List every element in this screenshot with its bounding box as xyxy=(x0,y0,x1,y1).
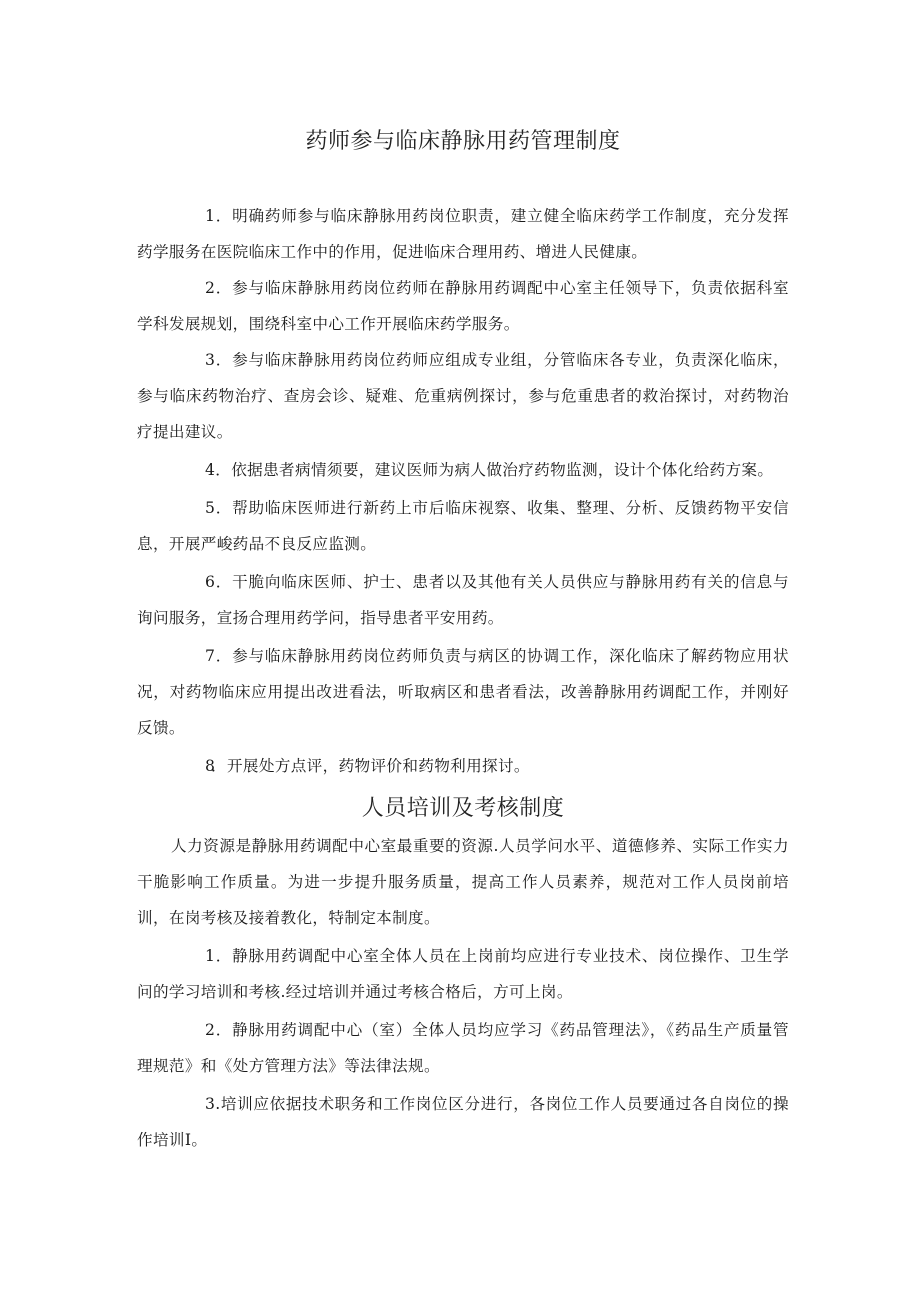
item-text: ．静脉用药调配中心（室）全体人员均应学习《药品管理法》，《药品生产质量管理规范》… xyxy=(137,1021,789,1075)
item-number: 8 xyxy=(171,748,211,784)
section-title-pharmacist-policy: 药师参与临床静脉用药管理制度 xyxy=(137,124,789,155)
item-number: 2 xyxy=(171,270,215,306)
item-text: ．干脆向临床医师、护士、患者以及其他有关人员供应与静脉用药有关的信息与询问服务，… xyxy=(137,573,789,627)
item-number: 1 xyxy=(171,938,215,974)
training-intro: 人力资源是静脉用药调配中心室最重要的资源.人员学问水平、道德修养、实际工作实力干… xyxy=(137,828,789,936)
item-text: 培训应依据技术职务和工作岗位区分进行，各岗位工作人员要通过各自岗位的操作培训Ⅰ。 xyxy=(137,1095,789,1149)
section-title-training-policy: 人员培训及考核制度 xyxy=(137,791,789,822)
item-number: 7 xyxy=(171,638,215,674)
training-item-3: 3.培训应依据技术职务和工作岗位区分进行，各岗位工作人员要通过各自岗位的操作培训… xyxy=(137,1086,789,1158)
item-number: 5 xyxy=(171,490,215,526)
policy-item-4: 4．依据患者病情须要，建议医师为病人做治疗药物监测，设计个体化给药方案。 xyxy=(137,452,789,488)
item-text: ．参与临床静脉用药岗位药师应组成专业组，分管临床各专业，负责深化临床，参与临床药… xyxy=(137,351,789,441)
policy-item-1: 1．明确药师参与临床静脉用药岗位职责，建立健全临床药学工作制度，充分发挥药学服务… xyxy=(137,198,789,270)
item-number: 3 xyxy=(171,342,215,378)
item-number: 4 xyxy=(171,452,215,488)
item-text: ．帮助临床医师进行新药上市后临床视察、收集、整理、分析、反馈药物平安信息，开展严… xyxy=(137,499,789,553)
item-text: ．依据患者病情须要，建议医师为病人做治疗药物监测，设计个体化给药方案。 xyxy=(215,461,773,479)
item-text: ．参与临床静脉用药岗位药师负责与病区的协调工作，深化临床了解药物应用状况，对药物… xyxy=(137,647,789,737)
policy-item-8: 8．开展处方点评，药物评价和药物利用探讨。 xyxy=(137,748,789,784)
item-number: 2 xyxy=(171,1012,215,1048)
item-number: 3. xyxy=(171,1086,221,1122)
item-text: ．静脉用药调配中心室全体人员在上岗前均应进行专业技术、岗位操作、卫生学问的学习培… xyxy=(137,947,789,1001)
policy-item-2: 2．参与临床静脉用药岗位药师在静脉用药调配中心室主任领导下，负责依据科室学科发展… xyxy=(137,270,789,342)
item-text: ．开展处方点评，药物评价和药物利用探讨。 xyxy=(211,757,530,775)
policy-item-5: 5．帮助临床医师进行新药上市后临床视察、收集、整理、分析、反馈药物平安信息，开展… xyxy=(137,490,789,562)
policy-item-7: 7．参与临床静脉用药岗位药师负责与病区的协调工作，深化临床了解药物应用状况，对药… xyxy=(137,638,789,746)
training-item-1: 1．静脉用药调配中心室全体人员在上岗前均应进行专业技术、岗位操作、卫生学问的学习… xyxy=(137,938,789,1010)
policy-item-6: 6．干脆向临床医师、护士、患者以及其他有关人员供应与静脉用药有关的信息与询问服务… xyxy=(137,564,789,636)
item-text: ．明确药师参与临床静脉用药岗位职责，建立健全临床药学工作制度，充分发挥药学服务在… xyxy=(137,207,789,261)
item-number: 1 xyxy=(171,198,215,234)
training-item-2: 2．静脉用药调配中心（室）全体人员均应学习《药品管理法》，《药品生产质量管理规范… xyxy=(137,1012,789,1084)
item-number: 6 xyxy=(171,564,215,600)
policy-item-3: 3．参与临床静脉用药岗位药师应组成专业组，分管临床各专业，负责深化临床，参与临床… xyxy=(137,342,789,450)
item-text: ．参与临床静脉用药岗位药师在静脉用药调配中心室主任领导下，负责依据科室学科发展规… xyxy=(137,279,789,333)
